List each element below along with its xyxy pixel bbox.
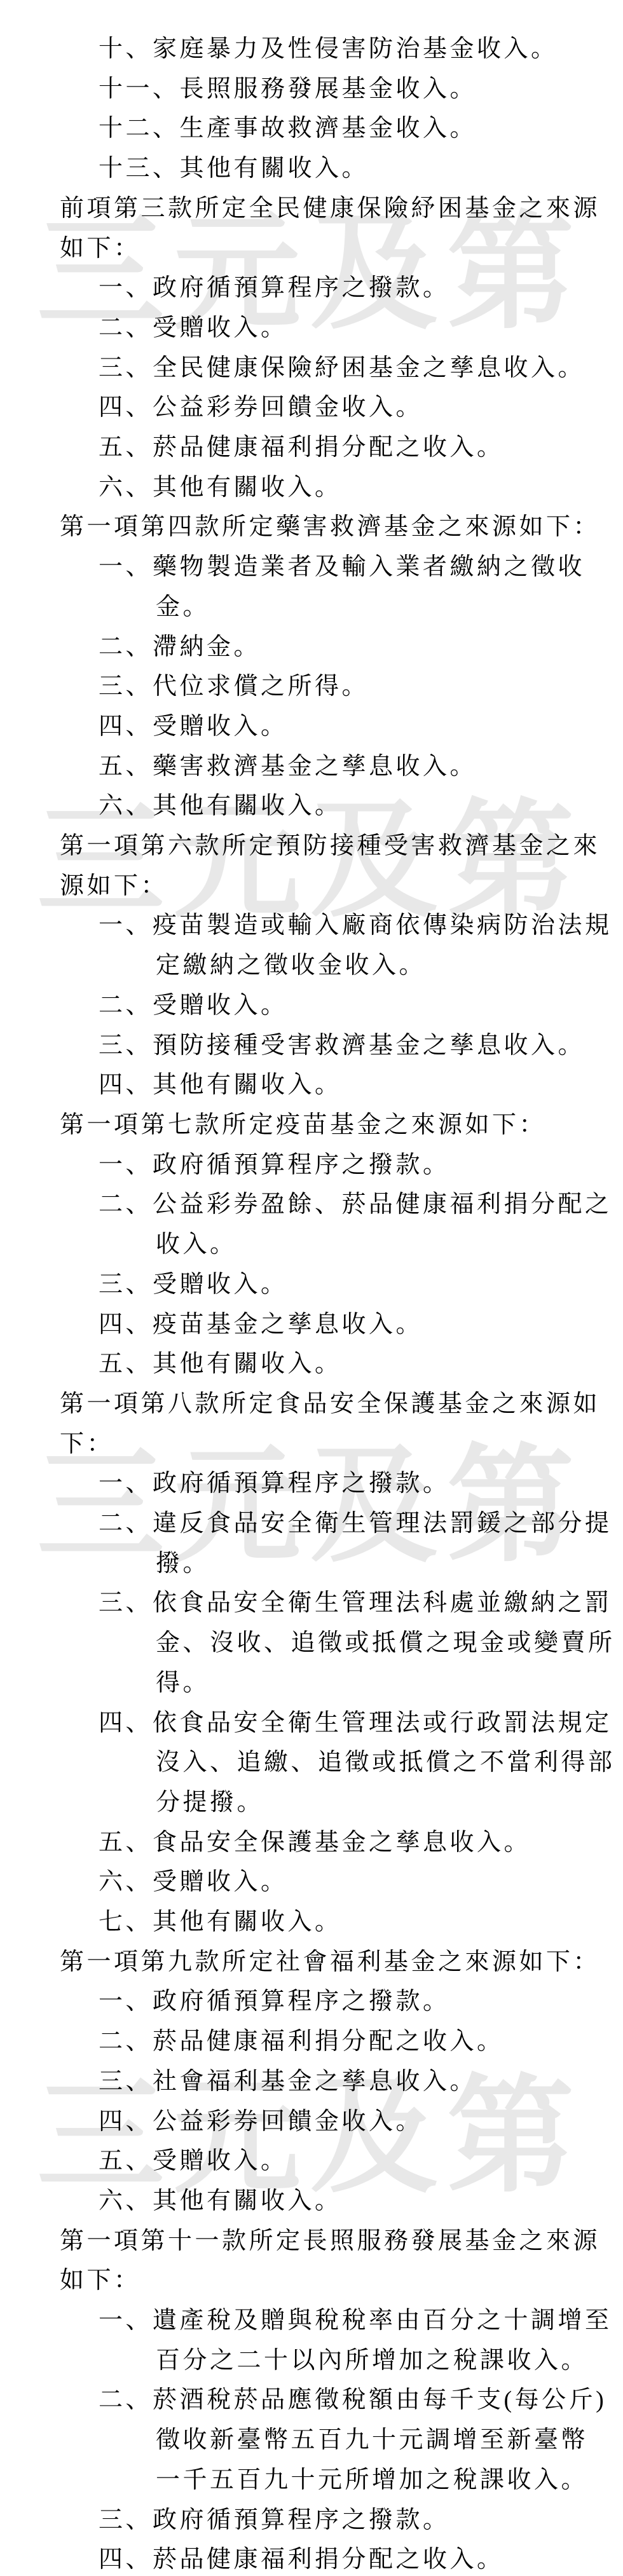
list-item-line: 二、菸品健康福利捐分配之收入。 — [99, 2022, 623, 2062]
paragraph-line: 源如下： — [60, 866, 623, 906]
list-item-line: 六、其他有關收入。 — [99, 786, 623, 826]
list-item-line: 三、代位求償之所得。 — [99, 667, 623, 707]
list-item-line: 四、公益彩券回饋金收入。 — [99, 388, 623, 428]
list-item-line: 四、其他有關收入。 — [99, 1065, 623, 1105]
list-item-line: 三、依食品安全衛生管理法科處並繳納之罰 — [99, 1583, 623, 1623]
list-item-line: 撥。 — [156, 1544, 623, 1584]
list-item-line: 三、政府循預算程序之撥款。 — [99, 2500, 623, 2540]
list-item-line: 五、菸品健康福利捐分配之收入。 — [99, 428, 623, 468]
list-item-line: 六、受贈收入。 — [99, 1862, 623, 1902]
list-item-line: 二、滯納金。 — [99, 627, 623, 667]
paragraph-line: 第一項第六款所定預防接種受害救濟基金之來 — [60, 826, 623, 866]
list-item-line: 三、受贈收入。 — [99, 1265, 623, 1305]
list-item-line: 七、其他有關收入。 — [99, 1902, 623, 1942]
list-item-line: 二、公益彩券盈餘、菸品健康福利捐分配之 — [99, 1185, 623, 1225]
paragraph-line: 如下： — [60, 2261, 623, 2301]
list-item-line: 六、其他有關收入。 — [99, 468, 623, 508]
list-item-line: 四、公益彩券回饋金收入。 — [99, 2102, 623, 2142]
list-item-line: 四、依食品安全衛生管理法或行政罰法規定 — [99, 1703, 623, 1743]
list-item-line: 金。 — [156, 587, 623, 627]
paragraph-line: 前項第三款所定全民健康保險紓困基金之來源 — [60, 189, 623, 229]
list-item-line: 一、政府循預算程序之撥款。 — [99, 1982, 623, 2022]
list-item-line: 百分之二十以內所增加之稅課收入。 — [156, 2341, 623, 2381]
list-item-line: 四、受贈收入。 — [99, 707, 623, 747]
list-item-line: 得。 — [156, 1663, 623, 1703]
list-item-line: 二、受贈收入。 — [99, 986, 623, 1026]
list-item-line: 二、違反食品安全衛生管理法罰鍰之部分提 — [99, 1504, 623, 1544]
paragraph-line: 第一項第九款所定社會福利基金之來源如下： — [60, 1942, 623, 1982]
list-item-line: 五、受贈收入。 — [99, 2141, 623, 2181]
list-item-line: 五、其他有關收入。 — [99, 1344, 623, 1384]
list-item-line: 十、家庭暴力及性侵害防治基金收入。 — [99, 29, 623, 69]
list-item-line: 四、菸品健康福利捐分配之收入。 — [99, 2540, 623, 2576]
list-item-line: 一、藥物製造業者及輸入業者繳納之徵收 — [99, 547, 623, 587]
list-item-line: 收入。 — [156, 1225, 623, 1265]
list-item-line: 十一、長照服務發展基金收入。 — [99, 69, 623, 109]
paragraph-line: 第一項第七款所定疫苗基金之來源如下： — [60, 1105, 623, 1145]
list-item-line: 一、遺產稅及贈與稅稅率由百分之十調增至 — [99, 2301, 623, 2341]
list-item-line: 一、疫苗製造或輸入廠商依傳染病防治法規 — [99, 906, 623, 946]
list-item-line: 一千五百九十元所增加之稅課收入。 — [156, 2460, 623, 2500]
list-item-line: 沒入、追繳、追徵或抵償之不當利得部 — [156, 1743, 623, 1783]
list-item-line: 三、預防接種受害救濟基金之孳息收入。 — [99, 1026, 623, 1066]
list-item-line: 金、沒收、追徵或抵償之現金或變賣所 — [156, 1623, 623, 1663]
list-item-line: 二、受贈收入。 — [99, 308, 623, 348]
list-item-line: 十二、生產事故救濟基金收入。 — [99, 109, 623, 149]
list-item-line: 定繳納之徵收金收入。 — [156, 946, 623, 986]
list-item-line: 三、全民健康保險紓困基金之孳息收入。 — [99, 348, 623, 388]
list-item-line: 六、其他有關收入。 — [99, 2181, 623, 2221]
list-item-line: 五、藥害救濟基金之孳息收入。 — [99, 747, 623, 787]
list-item-line: 四、疫苗基金之孳息收入。 — [99, 1305, 623, 1345]
paragraph-line: 第一項第十一款所定長照服務發展基金之來源 — [60, 2221, 623, 2261]
list-item-line: 三、社會福利基金之孳息收入。 — [99, 2062, 623, 2102]
document-body: 十、家庭暴力及性侵害防治基金收入。十一、長照服務發展基金收入。十二、生產事故救濟… — [0, 0, 623, 2576]
list-item-line: 分提撥。 — [156, 1783, 623, 1823]
list-item-line: 一、政府循預算程序之撥款。 — [99, 1464, 623, 1504]
list-item-line: 一、政府循預算程序之撥款。 — [99, 1145, 623, 1185]
paragraph-line: 第一項第八款所定食品安全保護基金之來源如 — [60, 1384, 623, 1424]
list-item-line: 二、菸酒稅菸品應徵稅額由每千支(每公斤) — [99, 2380, 623, 2420]
paragraph-line: 第一項第四款所定藥害救濟基金之來源如下： — [60, 507, 623, 547]
paragraph-line: 如下： — [60, 229, 623, 269]
list-item-line: 五、食品安全保護基金之孳息收入。 — [99, 1823, 623, 1863]
list-item-line: 一、政府循預算程序之撥款。 — [99, 268, 623, 308]
paragraph-line: 下： — [60, 1424, 623, 1464]
list-item-line: 徵收新臺幣五百九十元調增至新臺幣 — [156, 2420, 623, 2460]
list-item-line: 十三、其他有關收入。 — [99, 149, 623, 189]
document-page: { "document": { "language": "zh-TW", "te… — [0, 0, 623, 2576]
